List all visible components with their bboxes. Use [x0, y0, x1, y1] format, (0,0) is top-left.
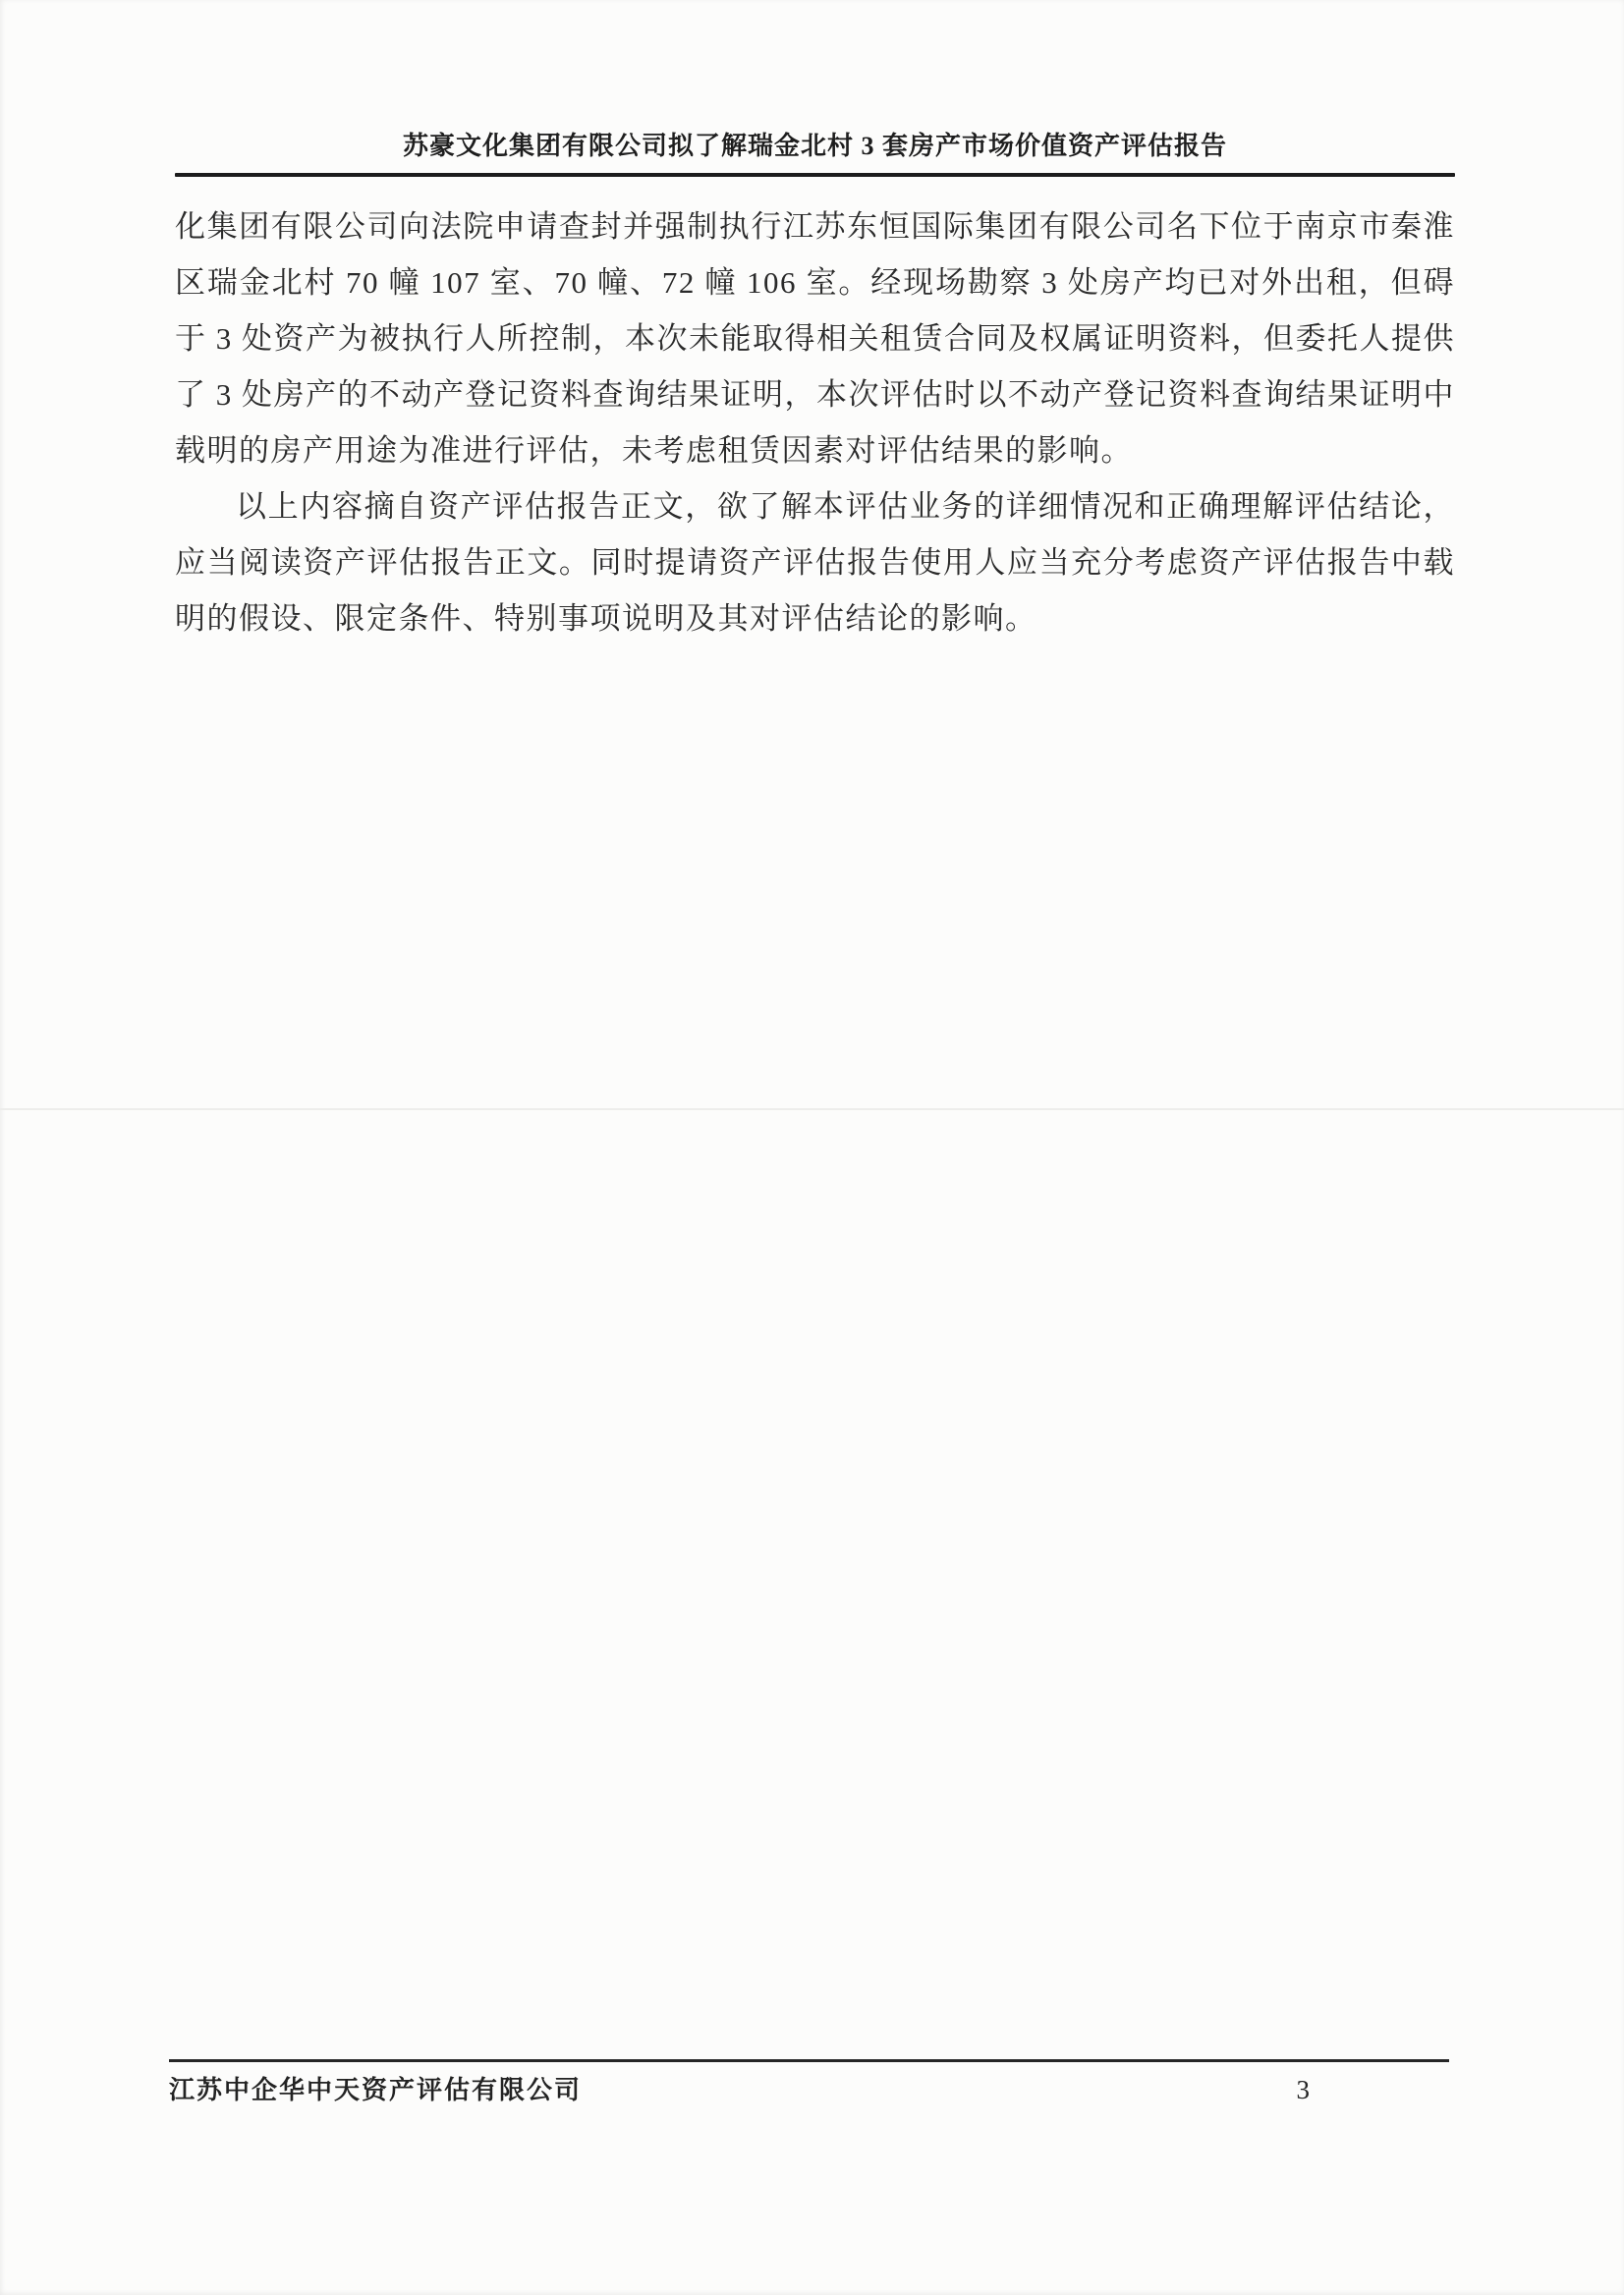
- document-page: 苏豪文化集团有限公司拟了解瑞金北村 3 套房产市场价值资产评估报告 化集团有限公…: [0, 0, 1624, 2295]
- body-paragraph: 化集团有限公司向法院申请查封并强制执行江苏东恒国际集团有限公司名下位于南京市秦淮…: [175, 198, 1455, 478]
- report-header: 苏豪文化集团有限公司拟了解瑞金北村 3 套房产市场价值资产评估报告: [175, 0, 1455, 177]
- page-footer: 江苏中企华中天资产评估有限公司 3: [169, 2059, 1449, 2106]
- header-rule: [175, 173, 1455, 177]
- body-paragraph: 以上内容摘自资产评估报告正文，欲了解本评估业务的详细情况和正确理解评估结论，应当…: [175, 478, 1455, 646]
- document-body: 化集团有限公司向法院申请查封并强制执行江苏东恒国际集团有限公司名下位于南京市秦淮…: [175, 198, 1455, 646]
- footer-company-name: 江苏中企华中天资产评估有限公司: [169, 2070, 582, 2106]
- footer-rule: [169, 2059, 1449, 2062]
- report-title: 苏豪文化集团有限公司拟了解瑞金北村 3 套房产市场价值资产评估报告: [175, 130, 1455, 163]
- footer-page-number: 3: [1297, 2075, 1311, 2105]
- scan-artifact-line: [0, 1108, 1624, 1110]
